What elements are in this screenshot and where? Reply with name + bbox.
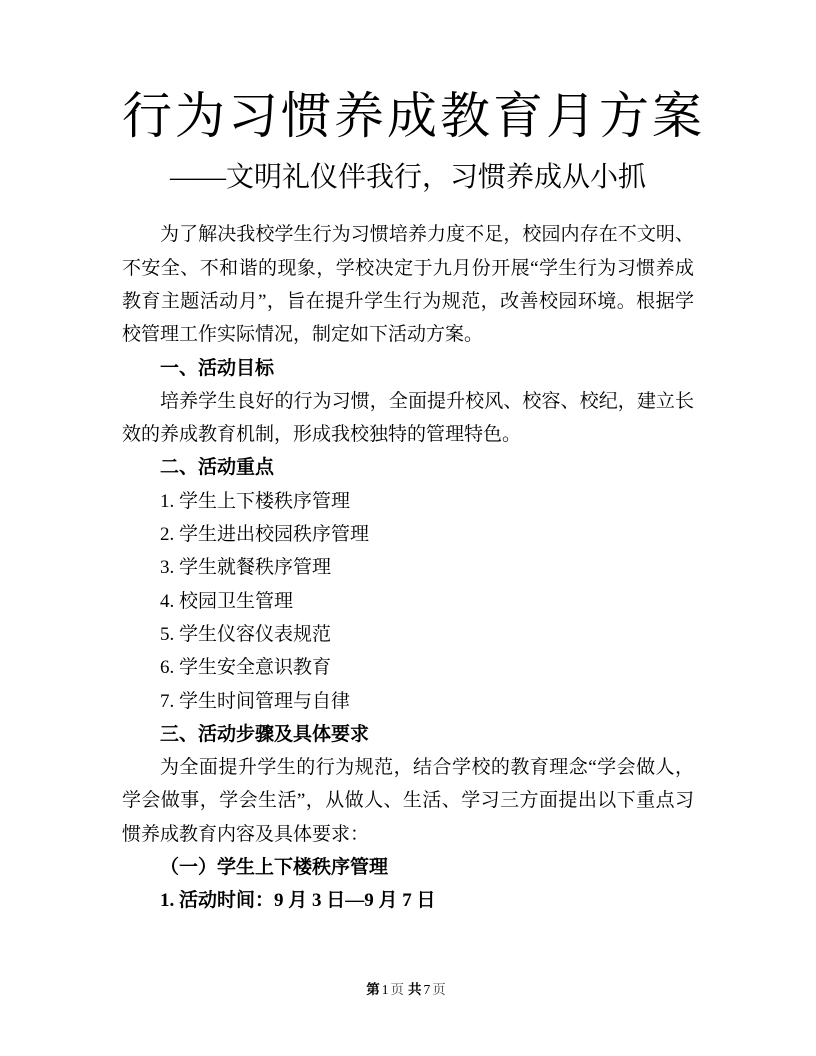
steps-intro-paragraph: 为全面提升学生的行为规范，结合学校的教育理念“学会做人，学会做事，学会生活”，从… [122,751,694,851]
page-footer: 第1页共7页 [0,982,816,998]
footer-page-number: 1 [382,982,389,997]
section-heading-priorities: 二、活动重点 [122,451,694,484]
document-page: 行为习惯养成教育月方案 ——文明礼仪伴我行，习惯养成从小抓 为了解决我校学生行为… [0,0,816,1056]
activity-time-line: 1. 活动时间：9 月 3 日—9 月 7 日 [122,884,694,917]
priority-item-1: 1. 学生上下楼秩序管理 [122,485,694,518]
priority-item-3: 3. 学生就餐秩序管理 [122,551,694,584]
priority-item-5: 5. 学生仪容仪表规范 [122,618,694,651]
subsection-heading-stairs: （一）学生上下楼秩序管理 [122,851,694,884]
priority-item-4: 4. 校园卫生管理 [122,585,694,618]
footer-total-prefix: 共 [408,982,422,997]
goals-paragraph: 培养学生良好的行为习惯，全面提升校风、校容、校纪，建立长效的养成教育机制，形成我… [122,385,694,452]
section-heading-steps: 三、活动步骤及具体要求 [122,718,694,751]
document-subtitle: ——文明礼仪伴我行，习惯养成从小抓 [122,160,694,196]
priority-item-7: 7. 学生时间管理与自律 [122,685,694,718]
priority-item-6: 6. 学生安全意识教育 [122,651,694,684]
document-content: 行为习惯养成教育月方案 ——文明礼仪伴我行，习惯养成从小抓 为了解决我校学生行为… [0,0,816,918]
footer-page-prefix: 第 [366,982,380,997]
footer-total-label: 页 [432,982,446,997]
footer-total-number: 7 [424,982,431,997]
footer-page-label: 页 [391,982,405,997]
document-title: 行为习惯养成教育月方案 [122,0,694,146]
section-heading-goals: 一、活动目标 [122,352,694,385]
priority-item-2: 2. 学生进出校园秩序管理 [122,518,694,551]
intro-paragraph: 为了解决我校学生行为习惯培养力度不足，校园内存在不文明、不安全、不和谐的现象，学… [122,218,694,351]
document-body: 为了解决我校学生行为习惯培养力度不足，校园内存在不文明、不安全、不和谐的现象，学… [122,218,694,917]
